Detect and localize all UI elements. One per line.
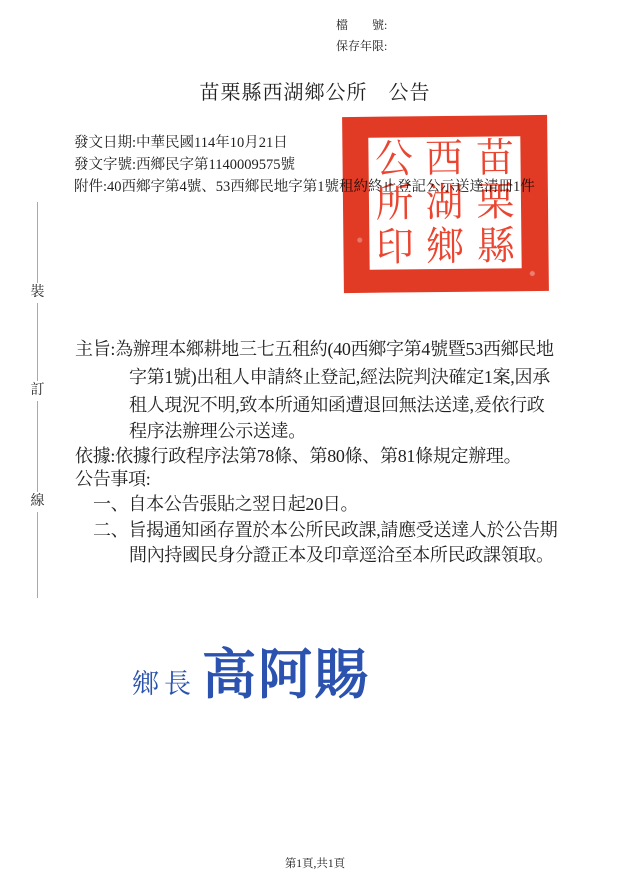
seal-character: 西 — [425, 139, 463, 179]
seal-character: 栗 — [477, 182, 515, 222]
seal-character: 公 — [375, 139, 413, 179]
page-number-footer: 第1頁,共1頁 — [0, 855, 630, 871]
seal-character: 苗 — [476, 138, 514, 178]
binding-char-zhuang: 裝 — [29, 283, 46, 303]
subject-line-wrap: 字第1號)出租人申請終止登記,經法院判決確定1案,因承 — [129, 363, 550, 389]
seal-character: 縣 — [477, 226, 515, 266]
archive-number-label: 檔 號: — [336, 15, 387, 36]
binding-char-ding: 訂 — [29, 381, 46, 401]
document-title: 苗栗縣西湖鄉公所 公告 — [0, 76, 630, 105]
subject-line-wrap: 程序法辦理公示送達。 — [129, 417, 306, 443]
signature-block: 鄉長 高阿賜 — [132, 632, 370, 709]
seal-character: 鄉 — [426, 227, 464, 267]
announcement-items-heading: 公告事項: — [75, 465, 151, 491]
mayor-name-signature: 高阿賜 — [202, 632, 370, 709]
announcement-item-2-wrap: 間內持國民身分證正本及印章逕洽至本所民政課領取。 — [129, 541, 554, 567]
subject-line: 主旨:為辦理本鄉耕地三七五租約(40西鄉字第4號暨53西鄉民地 — [75, 335, 554, 361]
mayor-title: 鄉長 — [132, 662, 196, 701]
seal-character: 印 — [376, 227, 414, 267]
archive-block: 檔 號: 保存年限: — [336, 15, 387, 57]
seal-inner-face: 公 西 苗 所 湖 栗 印 鄉 縣 — [368, 136, 521, 270]
seal-character: 湖 — [426, 183, 464, 223]
announcement-item-1: 一、自本公告張貼之翌日起20日。 — [93, 490, 358, 516]
announcement-item-2: 二、旨揭通知函存置於本公所民政課,請應受送達人於公告期 — [93, 516, 557, 542]
seal-character: 所 — [375, 183, 413, 223]
binding-char-xian: 線 — [29, 492, 46, 512]
official-seal-stamp: 公 西 苗 所 湖 栗 印 鄉 縣 — [342, 115, 549, 293]
subject-line-wrap: 租人現況不明,致本所通知函遭退回無法送達,爰依行政 — [129, 391, 545, 417]
official-notice-page: 檔 號: 保存年限: 苗栗縣西湖鄉公所 公告 發文日期:中華民國114年10月2… — [0, 0, 630, 893]
retention-period-label: 保存年限: — [336, 36, 387, 57]
